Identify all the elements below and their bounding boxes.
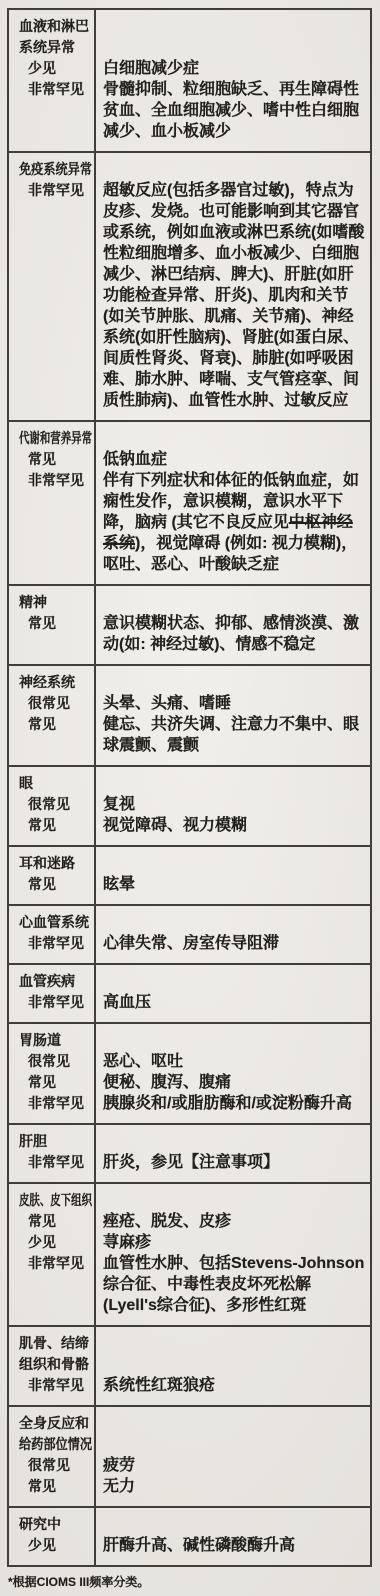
system-name: 研究中	[19, 1514, 61, 1535]
system-name: 神经系统	[19, 672, 75, 693]
reaction-text: 荨麻疹	[103, 1234, 151, 1251]
reaction-cell-spacer	[96, 1407, 370, 1455]
reaction-text: 眩晕	[103, 876, 135, 893]
frequency-label: 少见	[9, 58, 96, 79]
system-cell: 神经系统	[9, 666, 96, 693]
frequency-label: 常见	[9, 1072, 96, 1093]
reaction-text: 心律失常、房室传导阻滞	[103, 935, 279, 952]
table-row: 耳和迷路常见眩晕	[9, 845, 370, 904]
system-name: 系统异常	[19, 37, 75, 58]
frequency-label: 非常罕见	[9, 992, 96, 1022]
reaction-cell-spacer	[96, 767, 370, 794]
frequency-label: 常见	[9, 449, 96, 470]
reaction-cell: 肝炎，参见【注意事项】	[96, 1152, 370, 1182]
reaction-text: 意识模糊状态、抑郁、感情淡漠、激动(如: 神经过敏)、情感不稳定	[103, 615, 359, 653]
system-name: 免疫系统异常	[19, 159, 92, 180]
reaction-cell: 意识模糊状态、抑郁、感情淡漠、激动(如: 神经过敏)、情感不稳定	[96, 613, 370, 664]
reaction-cell: 白细胞减少症	[96, 58, 370, 79]
reaction-cell-spacer	[96, 965, 370, 992]
reaction-cell-spacer	[96, 1327, 370, 1375]
table-row: 肝胆非常罕见肝炎，参见【注意事项】	[9, 1123, 370, 1182]
reaction-text: 无力	[103, 1478, 135, 1495]
frequency-label: 很常见	[9, 693, 96, 714]
reaction-cell: 痤疮、脱发、皮疹	[96, 1211, 370, 1232]
reaction-cell-spacer	[96, 422, 370, 449]
reaction-cell: 视觉障碍、视力模糊	[96, 815, 370, 845]
reaction-text: )，视觉障碍 (例如: 视力模糊)，呕吐、恶心、叶酸缺乏症	[103, 535, 357, 573]
reaction-cell-spacer	[96, 1508, 370, 1535]
table-row: 心血管系统非常罕见心律失常、房室传导阻滞	[9, 904, 370, 963]
system-name: 给药部位情况	[19, 1434, 92, 1455]
frequency-label: 常见	[9, 613, 96, 664]
reaction-cell-spacer	[96, 10, 370, 58]
reaction-cell: 高血压	[96, 992, 370, 1022]
reaction-cell-spacer	[96, 1184, 370, 1211]
frequency-label: 非常罕见	[9, 1253, 96, 1325]
frequency-label: 常见	[9, 714, 96, 765]
frequency-label: 非常罕见	[9, 1152, 96, 1182]
reaction-cell: 无力	[96, 1476, 370, 1506]
reaction-cell: 眩晕	[96, 874, 370, 904]
reaction-cell-spacer	[96, 847, 370, 874]
reaction-text: 系统性红斑狼疮	[103, 1377, 215, 1394]
reaction-cell: 疲劳	[96, 1455, 370, 1476]
system-name: 组织和骨骼	[19, 1354, 89, 1375]
table-row: 精神常见意识模糊状态、抑郁、感情淡漠、激动(如: 神经过敏)、情感不稳定	[9, 584, 370, 664]
system-cell: 精神	[9, 586, 96, 613]
table-row: 胃肠道很常见恶心、呕吐常见便秘、腹泻、腹痛非常罕见胰腺炎和/或脂肪酶和/或淀粉酶…	[9, 1022, 370, 1123]
reaction-text: 白细胞减少症	[103, 60, 199, 77]
frequency-label: 常见	[9, 874, 96, 904]
table-row: 血液和淋巴系统异常少见白细胞减少症非常罕见骨髓抑制、粒细胞缺乏、再生障碍性贫血、…	[9, 10, 370, 151]
reaction-text: 骨髓抑制、粒细胞缺乏、再生障碍性贫血、全血细胞减少、嗜中性白细胞减少、血小板减少	[103, 81, 359, 140]
frequency-label: 非常罕见	[9, 1093, 96, 1123]
system-name: 血管疾病	[19, 971, 75, 992]
table-row: 代谢和营养异常常见低钠血症非常罕见伴有下列症状和体征的低钠血症，如痫性发作，意识…	[9, 420, 370, 584]
system-cell: 皮肤、皮下组织	[9, 1184, 96, 1211]
reaction-cell: 胰腺炎和/或脂肪酶和/或淀粉酶升高	[96, 1093, 370, 1123]
reaction-cell: 心律失常、房室传导阻滞	[96, 933, 370, 963]
system-name: 皮肤、皮下组织	[19, 1190, 92, 1211]
system-cell: 肝胆	[9, 1125, 96, 1152]
reaction-cell: 荨麻疹	[96, 1232, 370, 1253]
frequency-label: 非常罕见	[9, 180, 96, 420]
system-cell: 肌骨、结缔组织和骨骼	[9, 1327, 96, 1375]
reaction-cell-spacer	[96, 906, 370, 933]
reaction-text: 胰腺炎和/或脂肪酶和/或淀粉酶升高	[103, 1095, 352, 1112]
system-name: 肝胆	[19, 1131, 47, 1152]
reaction-text: 疲劳	[103, 1457, 135, 1474]
table-row: 免疫系统异常非常罕见超敏反应(包括多器官过敏)，特点为 皮疹、发烧。也可能影响到…	[9, 151, 370, 420]
reaction-text: 低钠血症	[103, 451, 167, 468]
reaction-text: 痤疮、脱发、皮疹	[103, 1213, 231, 1230]
frequency-label: 非常罕见	[9, 1375, 96, 1405]
reaction-text: 肝酶升高、碱性磷酸酶升高	[103, 1537, 295, 1554]
system-name: 代谢和营养异常	[19, 428, 92, 449]
reaction-text: 头晕、头痛、嗜睡	[103, 695, 231, 712]
table-row: 全身反应和给药部位情况很常见疲劳常见无力	[9, 1405, 370, 1506]
system-name: 胃肠道	[19, 1030, 61, 1051]
reaction-text: 超敏反应(包括多器官过敏)，特点为 皮疹、发烧。也可能影响到其它器官或系统，例如…	[103, 182, 364, 409]
reaction-cell: 复视	[96, 794, 370, 815]
table-row: 肌骨、结缔组织和骨骼非常罕见系统性红斑狼疮	[9, 1325, 370, 1405]
system-name: 全身反应和	[19, 1413, 89, 1434]
frequency-label: 很常见	[9, 794, 96, 815]
table-row: 血管疾病非常罕见高血压	[9, 963, 370, 1022]
system-name: 精神	[19, 592, 47, 613]
system-cell: 全身反应和给药部位情况	[9, 1407, 96, 1455]
system-cell: 眼	[9, 767, 96, 794]
system-name: 耳和迷路	[19, 853, 75, 874]
reaction-cell: 骨髓抑制、粒细胞缺乏、再生障碍性贫血、全血细胞减少、嗜中性白细胞减少、血小板减少	[96, 79, 370, 151]
system-name: 眼	[19, 773, 33, 794]
reaction-cell: 伴有下列症状和体征的低钠血症，如痫性发作，意识模糊，意识水平下降，脑病 (其它不…	[96, 470, 370, 584]
footnote: *根据CIOMS III频率分类。	[7, 1567, 372, 1590]
reaction-cell: 血管性水肿、包括Stevens-Johnson综合征、中毒性表皮坏死松解 (Ly…	[96, 1253, 370, 1325]
frequency-label: 很常见	[9, 1051, 96, 1072]
system-name: 肌骨、结缔	[19, 1333, 89, 1354]
system-cell: 血管疾病	[9, 965, 96, 992]
system-name: 血液和淋巴	[19, 16, 89, 37]
frequency-label: 很常见	[9, 1455, 96, 1476]
reaction-cell-spacer	[96, 666, 370, 693]
system-cell: 耳和迷路	[9, 847, 96, 874]
reaction-text: 肝炎，参见【注意事项】	[103, 1154, 279, 1171]
reaction-cell: 便秘、腹泻、腹痛	[96, 1072, 370, 1093]
reaction-cell-spacer	[96, 153, 370, 180]
frequency-label: 常见	[9, 1211, 96, 1232]
reaction-cell: 肝酶升高、碱性磷酸酶升高	[96, 1535, 370, 1565]
table-row: 研究中少见肝酶升高、碱性磷酸酶升高	[9, 1506, 370, 1565]
reaction-cell: 健忘、共济失调、注意力不集中、眼球震颤、震颤	[96, 714, 370, 765]
reaction-text: 血管性水肿、包括Stevens-Johnson综合征、中毒性表皮坏死松解 (Ly…	[103, 1255, 364, 1314]
adr-table: 血液和淋巴系统异常少见白细胞减少症非常罕见骨髓抑制、粒细胞缺乏、再生障碍性贫血、…	[7, 8, 372, 1567]
reaction-cell-spacer	[96, 1024, 370, 1051]
system-name: 心血管系统	[19, 912, 89, 933]
frequency-label: 非常罕见	[9, 933, 96, 963]
reaction-cell: 恶心、呕吐	[96, 1051, 370, 1072]
table-row: 皮肤、皮下组织常见痤疮、脱发、皮疹少见荨麻疹非常罕见血管性水肿、包括Steven…	[9, 1182, 370, 1325]
frequency-label: 非常罕见	[9, 470, 96, 584]
reaction-text: 健忘、共济失调、注意力不集中、眼球震颤、震颤	[103, 716, 359, 754]
reaction-cell: 系统性红斑狼疮	[96, 1375, 370, 1405]
system-cell: 胃肠道	[9, 1024, 96, 1051]
system-cell: 心血管系统	[9, 906, 96, 933]
reaction-cell: 低钠血症	[96, 449, 370, 470]
frequency-label: 少见	[9, 1232, 96, 1253]
frequency-label: 非常罕见	[9, 79, 96, 151]
reaction-cell-spacer	[96, 1125, 370, 1152]
reaction-text: 便秘、腹泻、腹痛	[103, 1074, 231, 1091]
reaction-cell-spacer	[96, 586, 370, 613]
reaction-text: 恶心、呕吐	[103, 1053, 183, 1070]
reaction-text: 高血压	[103, 994, 151, 1011]
reaction-cell: 超敏反应(包括多器官过敏)，特点为 皮疹、发烧。也可能影响到其它器官或系统，例如…	[96, 180, 370, 420]
reaction-cell: 头晕、头痛、嗜睡	[96, 693, 370, 714]
scanned-document-page: 血液和淋巴系统异常少见白细胞减少症非常罕见骨髓抑制、粒细胞缺乏、再生障碍性贫血、…	[0, 0, 380, 1596]
system-cell: 血液和淋巴系统异常	[9, 10, 96, 58]
system-cell: 研究中	[9, 1508, 96, 1535]
table-row: 神经系统很常见头晕、头痛、嗜睡常见健忘、共济失调、注意力不集中、眼球震颤、震颤	[9, 664, 370, 765]
reaction-text: 视觉障碍、视力模糊	[103, 817, 247, 834]
frequency-label: 常见	[9, 815, 96, 845]
frequency-label: 少见	[9, 1535, 96, 1565]
table-row: 眼很常见复视常见视觉障碍、视力模糊	[9, 765, 370, 845]
system-cell: 免疫系统异常	[9, 153, 96, 180]
system-cell: 代谢和营养异常	[9, 422, 96, 449]
reaction-text: 复视	[103, 796, 135, 813]
frequency-label: 常见	[9, 1476, 96, 1506]
